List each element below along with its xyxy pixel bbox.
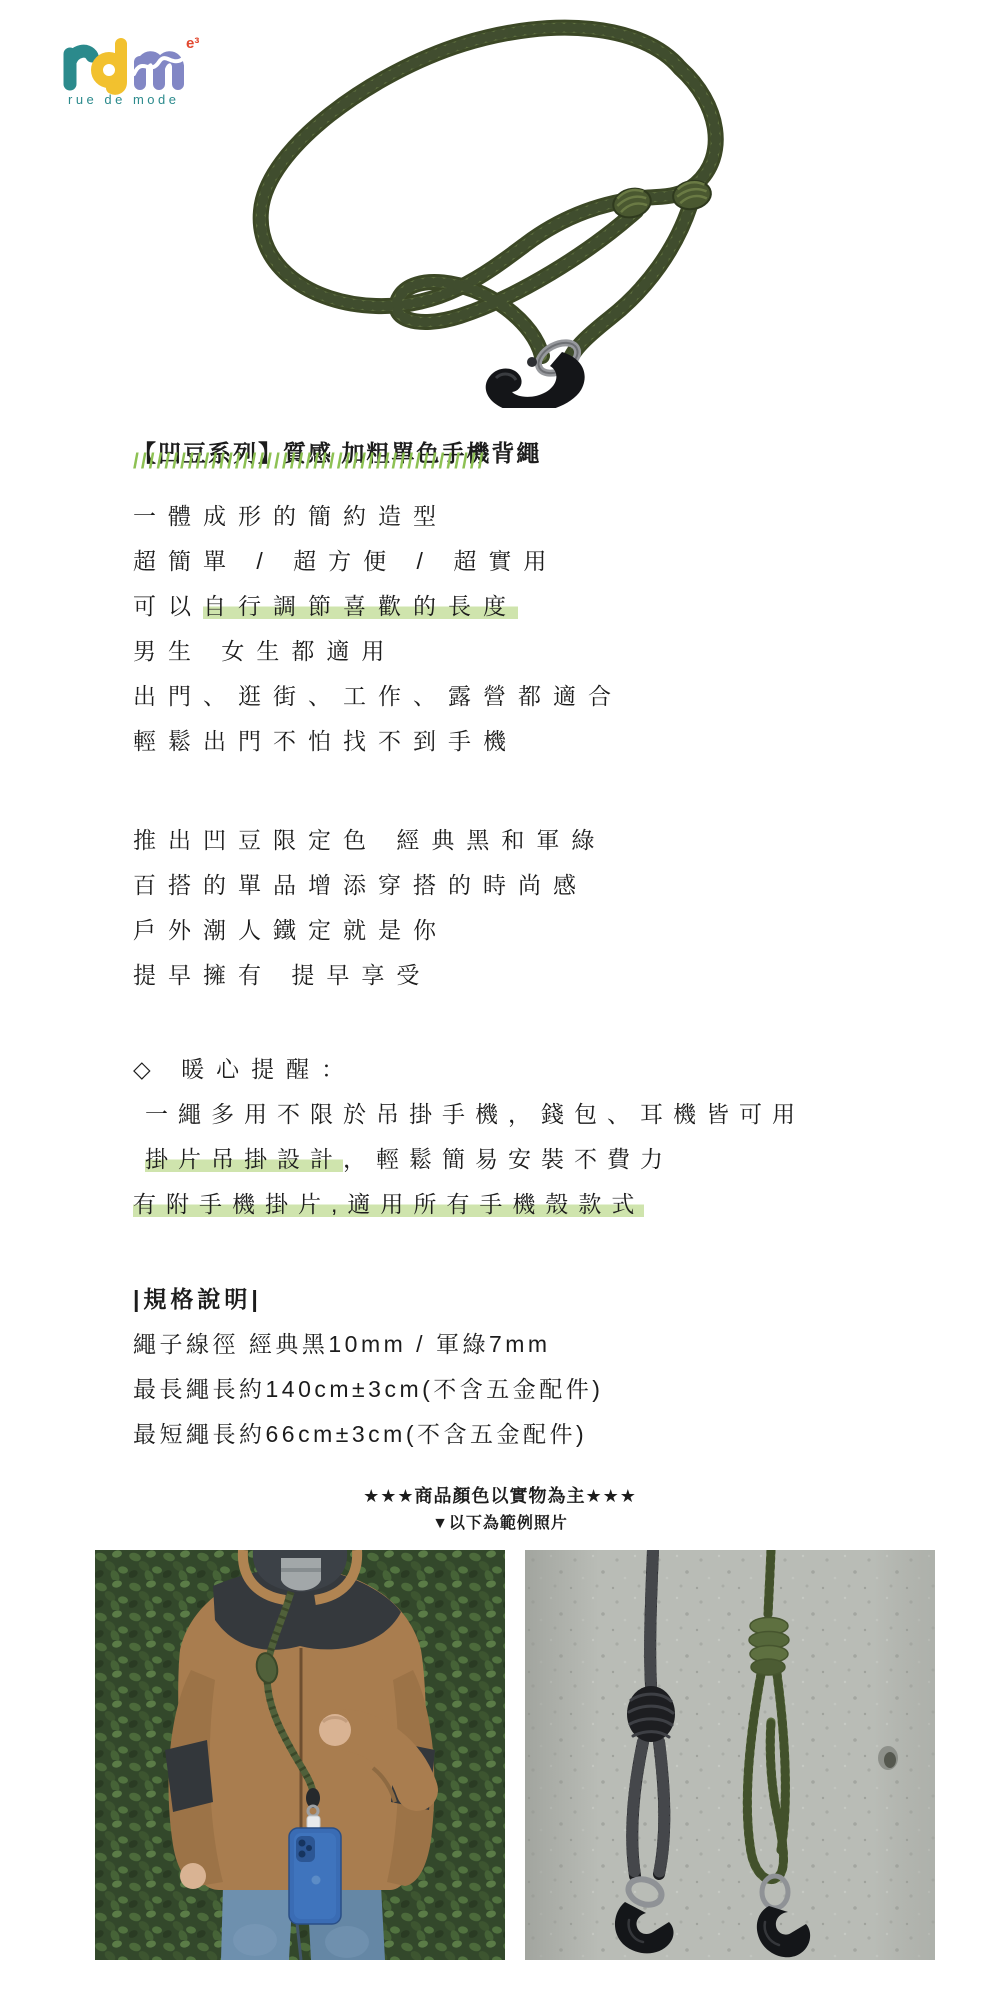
specs-section: |規格說明| 繩子線徑 經典黑10mm / 軍綠7mm 最長繩長約140cm±3…	[133, 1277, 603, 1457]
logo-letter-d	[97, 44, 121, 89]
ropes-photo-illustration	[525, 1550, 935, 1960]
pitch-line-1: 推出凹豆限定色 經典黑和軍綠	[133, 818, 606, 863]
logo-tagline: rue de mode	[68, 92, 180, 107]
wall-shading	[525, 1550, 935, 1960]
sample-photo-notice: ▼以下為範例照片	[0, 1510, 1000, 1533]
snap-hook-icon	[486, 352, 585, 408]
wall-hole	[878, 1746, 898, 1770]
pitch-line-3: 戶外潮人鐵定就是你	[133, 908, 606, 953]
intro-line-3-highlight: 自行調節喜歡的長度	[203, 593, 518, 619]
pitch-line-4: 提早擁有 提早享受	[133, 953, 606, 998]
left-hand	[180, 1863, 206, 1889]
model-photo-illustration	[95, 1550, 505, 1960]
reminder-line-2-highlight: 掛片吊掛設計	[145, 1146, 343, 1172]
intro-line-3-prefix: 可以	[133, 593, 203, 619]
specs-line-1: 繩子線徑 經典黑10mm / 軍綠7mm	[133, 1322, 603, 1367]
reminder-heading: ◇ 暖心提醒：	[133, 1047, 805, 1092]
product-page: e³ rue de mode	[0, 0, 1000, 2000]
model-photo	[95, 1550, 505, 1960]
intro-paragraph: 一體成形的簡約造型 超簡單 / 超方便 / 超實用 可以自行調節喜歡的長度 男生…	[133, 494, 623, 764]
intro-line-6: 輕鬆出門不怕找不到手機	[133, 719, 623, 764]
specs-heading: |規格說明|	[133, 1277, 603, 1322]
reminder-line-3-highlight: 有附手機掛片,適用所有手機殼款式	[133, 1191, 644, 1217]
intro-line-2: 超簡單 / 超方便 / 超實用	[133, 539, 623, 584]
logo-superscript: e³	[186, 35, 199, 52]
rope-strap-illustration	[228, 6, 772, 408]
intro-line-4: 男生 女生都適用	[133, 629, 623, 674]
green-rope-coil-knot	[749, 1618, 789, 1676]
ropes-photo	[525, 1550, 935, 1960]
color-notice: ★★★商品顏色以實物為主★★★	[0, 1482, 1000, 1508]
rdm-logo-icon: e³ rue de mode	[58, 26, 228, 110]
brand-logo: e³ rue de mode	[58, 26, 228, 110]
reminder-paragraph: ◇ 暖心提醒： 一繩多用不限於吊掛手機，錢包、耳機皆可用 掛片吊掛設計，輕鬆簡易…	[133, 1047, 805, 1227]
slash-divider: ////////////////////////////////////////…	[133, 450, 486, 474]
reminder-line-1: 一繩多用不限於吊掛手機，錢包、耳機皆可用	[133, 1092, 805, 1137]
reminder-line-3: 有附手機掛片,適用所有手機殼款式	[133, 1182, 805, 1227]
pitch-paragraph: 推出凹豆限定色 經典黑和軍綠 百搭的單品增添穿搭的時尚感 戶外潮人鐵定就是你 提…	[133, 818, 606, 998]
intro-line-5: 出門、逛街、工作、露營都適合	[133, 674, 623, 719]
logo-letter-r	[70, 51, 92, 84]
reminder-line-2-rest: ，輕鬆簡易安裝不費力	[343, 1146, 673, 1172]
pitch-line-2: 百搭的單品增添穿搭的時尚感	[133, 863, 606, 908]
intro-line-1: 一體成形的簡約造型	[133, 494, 623, 539]
specs-line-3: 最短繩長約66cm±3cm(不含五金配件)	[133, 1412, 603, 1457]
hero-product-photo	[228, 6, 772, 408]
intro-line-3: 可以自行調節喜歡的長度	[133, 584, 623, 629]
reminder-line-2: 掛片吊掛設計，輕鬆簡易安裝不費力	[133, 1137, 805, 1182]
specs-line-2: 最長繩長約140cm±3cm(不含五金配件)	[133, 1367, 603, 1412]
